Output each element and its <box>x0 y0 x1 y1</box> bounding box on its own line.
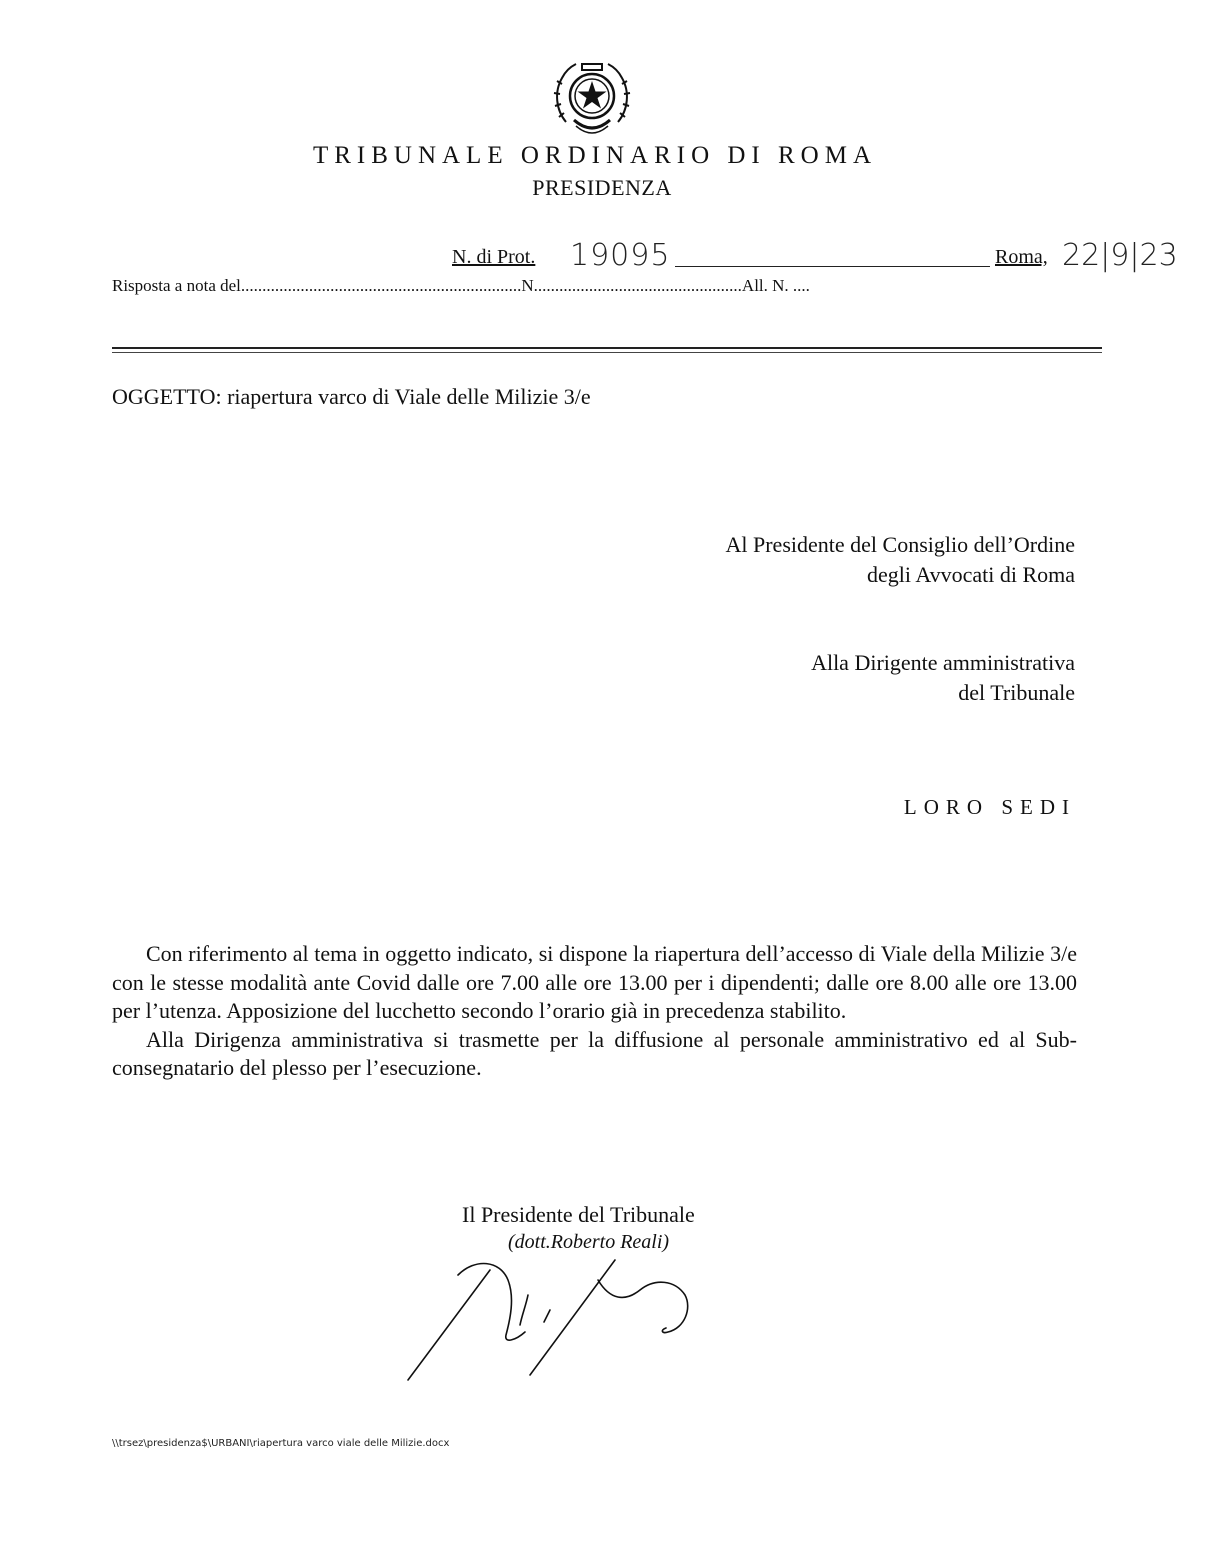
handwritten-signature-icon <box>400 1240 720 1390</box>
protocol-number: 19095 <box>570 238 670 273</box>
place-label: Roma, <box>995 246 1048 269</box>
court-subtitle: PRESIDENZA <box>0 175 1204 201</box>
recipient-2: Alla Dirigente amministrativa del Tribun… <box>811 648 1075 708</box>
file-path-footer: \\trsez\presidenza$\URBANI\riapertura va… <box>112 1438 449 1449</box>
protocol-underline <box>675 266 990 267</box>
body-paragraph-2: Alla Dirigenza amministrativa si trasmet… <box>112 1026 1077 1083</box>
signatory-title: Il Presidente del Tribunale <box>462 1202 695 1228</box>
italian-republic-emblem-icon <box>552 56 632 140</box>
recipient-1-line-2: degli Avvocati di Roma <box>726 560 1076 590</box>
court-title: TRIBUNALE ORDINARIO DI ROMA <box>0 142 1190 170</box>
reply-reference-line: Risposta a nota del.....................… <box>112 276 810 296</box>
protocol-label: N. di Prot. <box>452 246 535 269</box>
subject-line: OGGETTO: riapertura varco di Viale delle… <box>112 384 591 410</box>
recipient-2-line-1: Alla Dirigente amministrativa <box>811 648 1075 678</box>
recipient-1-line-1: Al Presidente del Consiglio dell’Ordine <box>726 530 1076 560</box>
loro-sedi: LORO SEDI <box>904 795 1076 820</box>
document-date: 22|9|23 <box>1062 238 1178 273</box>
letter-body: Con riferimento al tema in oggetto indic… <box>112 940 1077 1083</box>
header-divider-thin <box>112 352 1102 353</box>
header-divider <box>112 347 1102 349</box>
recipient-2-line-2: del Tribunale <box>811 678 1075 708</box>
recipient-1: Al Presidente del Consiglio dell’Ordine … <box>726 530 1076 590</box>
body-paragraph-1: Con riferimento al tema in oggetto indic… <box>112 940 1077 1026</box>
